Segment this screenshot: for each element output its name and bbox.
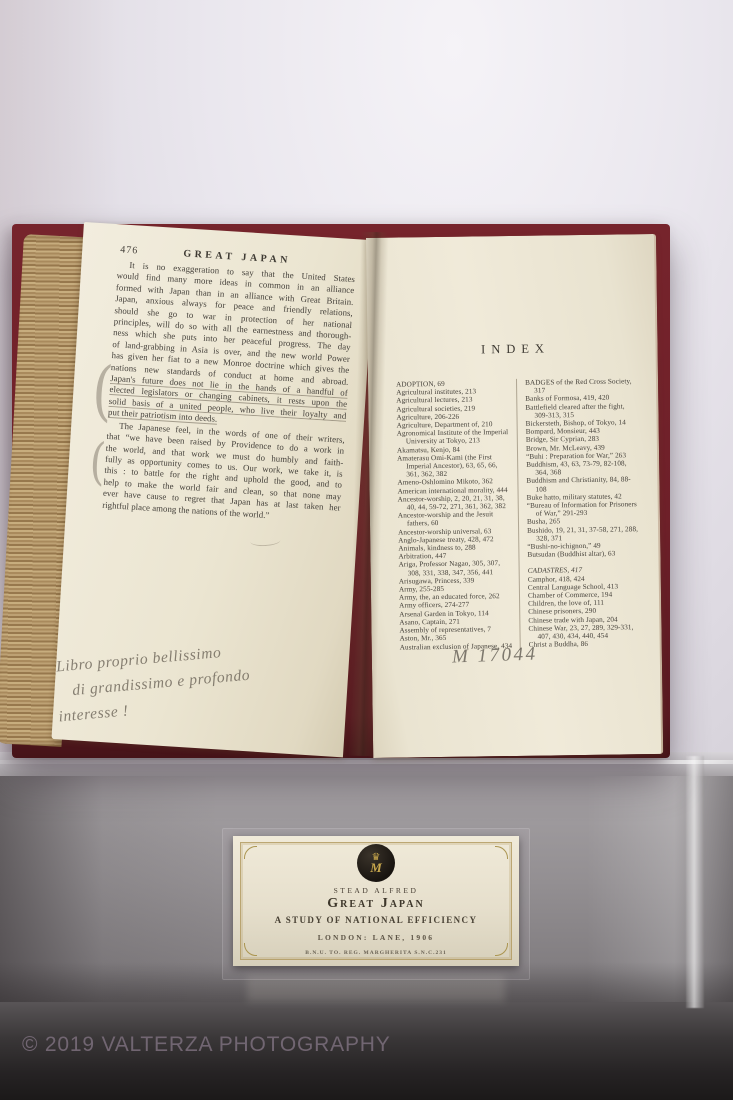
handwritten-accession-number: M 17044 — [452, 644, 538, 669]
right-page: INDEX ADOPTION, 69Agricultural institute… — [366, 234, 663, 758]
museum-label-card: ♛ M STEAD ALFRED Great Japan A STUDY OF … — [233, 836, 519, 966]
index-entry: Bushido, 19, 21, 31, 37-58, 271, 288, 32… — [527, 525, 638, 543]
label-author: STEAD ALFRED — [233, 886, 519, 895]
label-imprint: LONDON: LANE, 1906 — [233, 933, 519, 942]
flourish-icon — [495, 846, 508, 859]
index-entry: Ancestor-worship and the Jesuit fathers,… — [398, 510, 512, 528]
left-page-content: 476 GREAT JAPAN It is no exaggeration to… — [102, 244, 356, 526]
shelf-highlight — [0, 760, 733, 764]
flourish-icon — [244, 846, 257, 859]
museum-book-photo: 476 GREAT JAPAN It is no exaggeration to… — [0, 0, 733, 1100]
photographer-watermark: © 2019 VALTERZA PHOTOGRAPHY — [22, 1033, 391, 1057]
index-entry: Battlefield cleared after the fight, 309… — [525, 402, 636, 420]
left-page-paragraphs: It is no exaggeration to say that the Un… — [102, 259, 355, 525]
monogram-letter: M — [370, 862, 382, 874]
library-emblem-icon: ♛ M — [357, 844, 395, 882]
index-entry: BADGES of the Red Cross Society, 317 — [525, 377, 636, 395]
index-entry: “Bureau of Information for Prisoners of … — [527, 500, 638, 518]
label-shelfmark: B.N.U. TO. REG. MARGHERITA S.N.C.231 — [233, 950, 519, 956]
index-entry: Ancestor-worship, 2, 20, 21, 31, 38, 40,… — [398, 494, 512, 512]
pencil-squiggle-mark — [250, 535, 281, 547]
label-title: Great Japan — [233, 896, 519, 912]
index-columns: ADOPTION, 69Agricultural institutes, 213… — [396, 377, 640, 651]
acrylic-edge-reflection — [686, 756, 704, 1008]
index-entry: Amaterasu Omi-Kami (the First Imperial A… — [397, 453, 511, 479]
index-entry: Christ a Buddha, 86 — [529, 640, 640, 650]
index-entry: Chinese War, 23, 27, 289, 329-331, 407, … — [528, 623, 639, 641]
index-entry: Ariga, Professor Nagao, 305, 307, 308, 3… — [399, 559, 513, 577]
index-entry: Buddhism and Christianity, 84, 88-108 — [526, 476, 637, 494]
label-subtitle: A STUDY OF NATIONAL EFFICIENCY — [233, 915, 519, 925]
index-column-right: BADGES of the Red Cross Society, 317Bank… — [516, 377, 640, 649]
index-heading: INDEX — [395, 340, 635, 358]
page-number: 476 — [120, 244, 139, 256]
label-reflection — [247, 976, 505, 1002]
index-entry: Buddhism, 43, 63, 73-79, 82-108, 364, 36… — [526, 459, 637, 477]
body-paragraph: The Japanese feel, in the words of one o… — [102, 420, 345, 526]
index-entry: Butsudan (Buddhist altar), 63 — [527, 549, 638, 559]
index-entry: Agronomical Institute of the Imperial Un… — [397, 428, 511, 446]
body-paragraph: It is no exaggeration to say that the Un… — [108, 259, 356, 433]
right-page-content: INDEX ADOPTION, 69Agricultural institute… — [395, 340, 639, 651]
index-column-left: ADOPTION, 69Agricultural institutes, 213… — [396, 379, 520, 651]
